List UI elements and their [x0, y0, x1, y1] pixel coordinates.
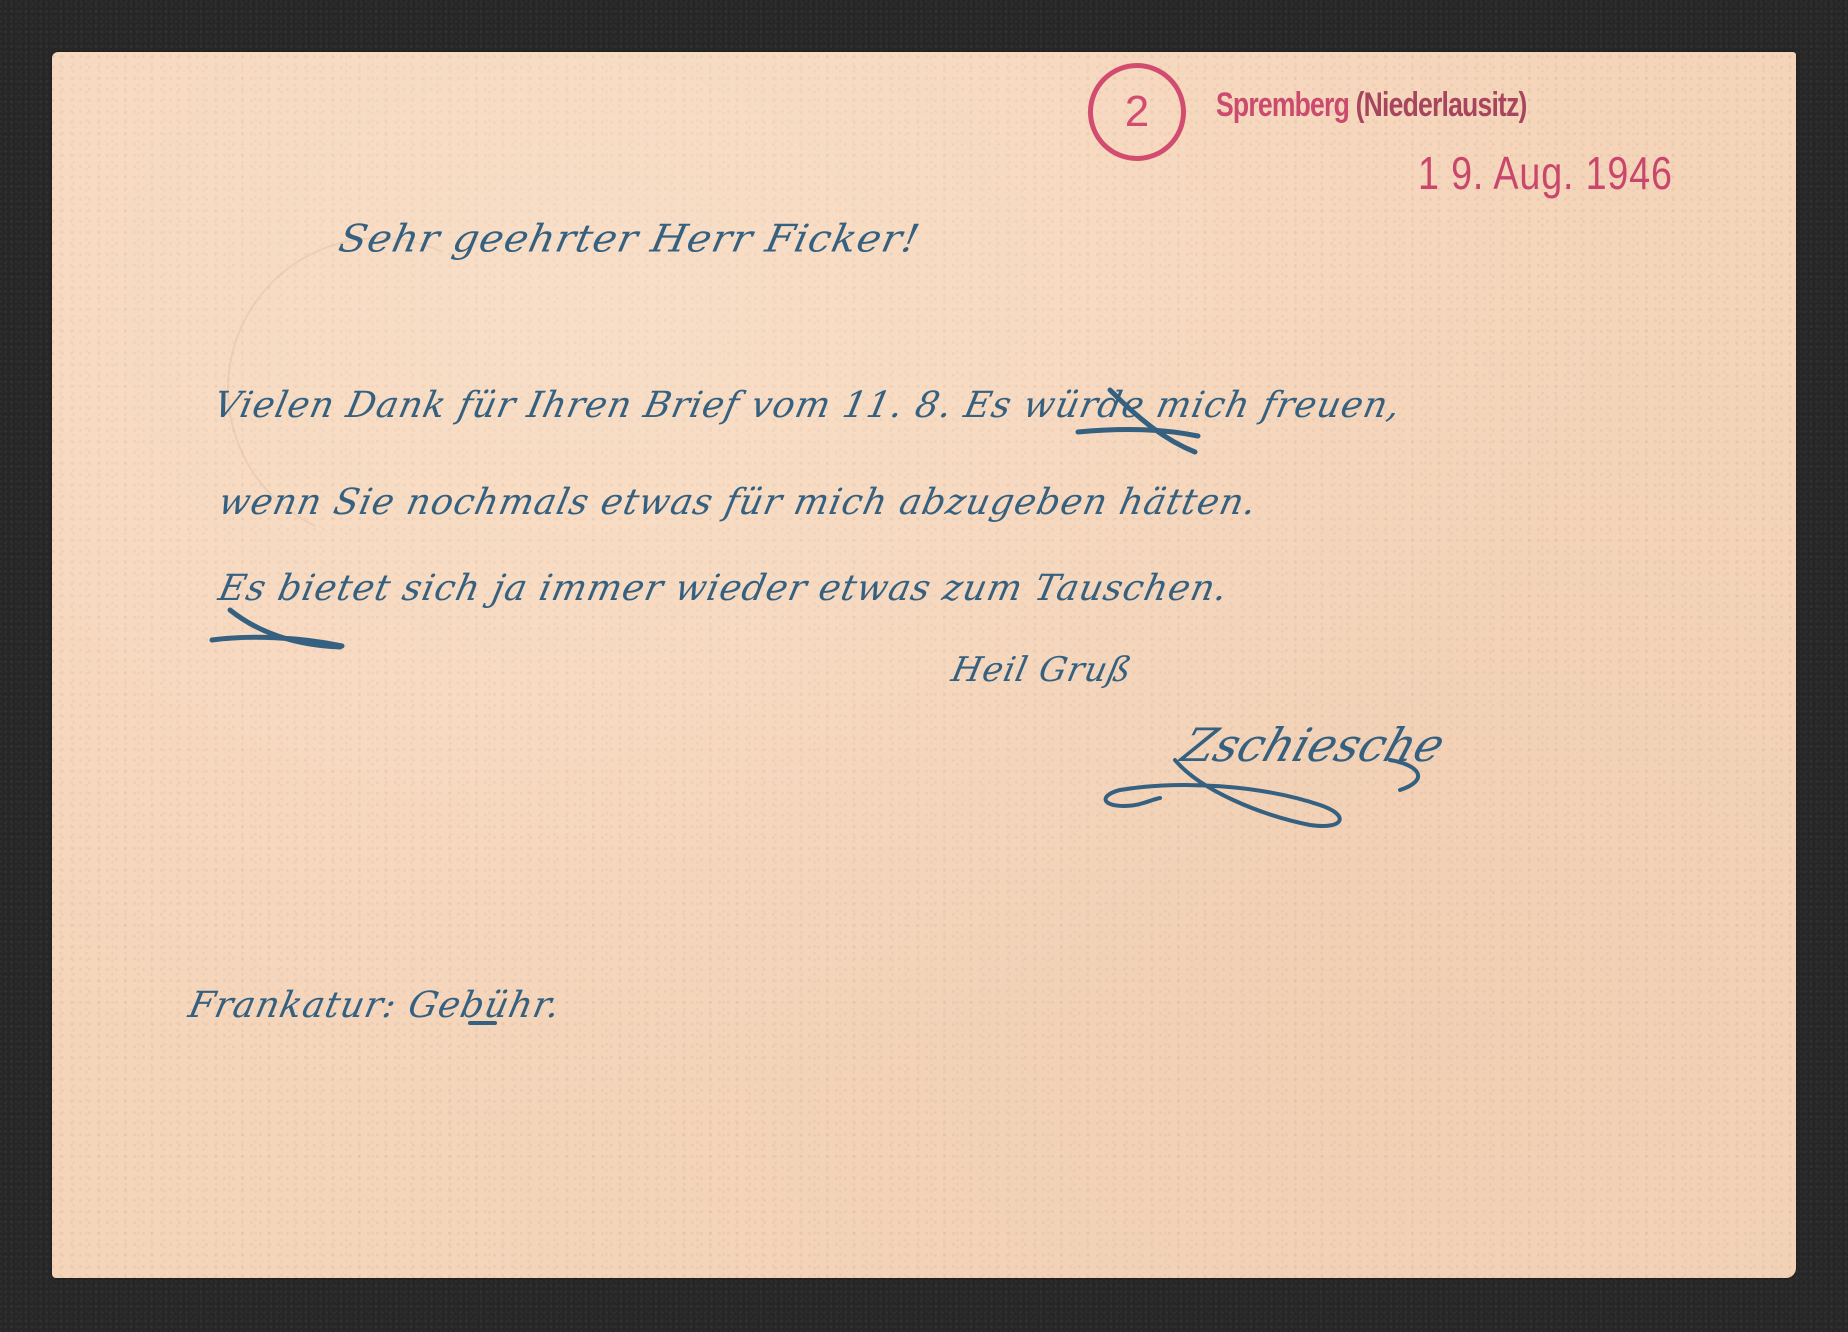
- postmark-date: 1 9. Aug. 1946: [1418, 146, 1673, 200]
- postmark-place: Spremberg (Niederlausitz): [1216, 86, 1527, 125]
- letter-body-line: Es bietet sich ja immer wieder etwas zum…: [215, 568, 1232, 609]
- postage-note: Frankatur: Gebühr.: [185, 985, 564, 1026]
- letter-signature: Zschiesche: [1175, 718, 1452, 772]
- postmark-district-circle: 2: [1088, 63, 1186, 161]
- postmark-town: Spremberg: [1216, 86, 1349, 124]
- letter-salutation: Sehr geehrter Herr Ficker!: [335, 217, 924, 261]
- postmark-district-number: 2: [1125, 90, 1149, 134]
- postmark-region: (Niederlausitz): [1356, 86, 1527, 124]
- letter-closing: Heil Gruß: [948, 650, 1136, 690]
- letter-body-line: wenn Sie nochmals etwas für mich abzugeb…: [215, 482, 1261, 523]
- postcard: [52, 52, 1796, 1278]
- letter-body-line: Vielen Dank für Ihren Brief vom 11. 8. E…: [210, 385, 1405, 426]
